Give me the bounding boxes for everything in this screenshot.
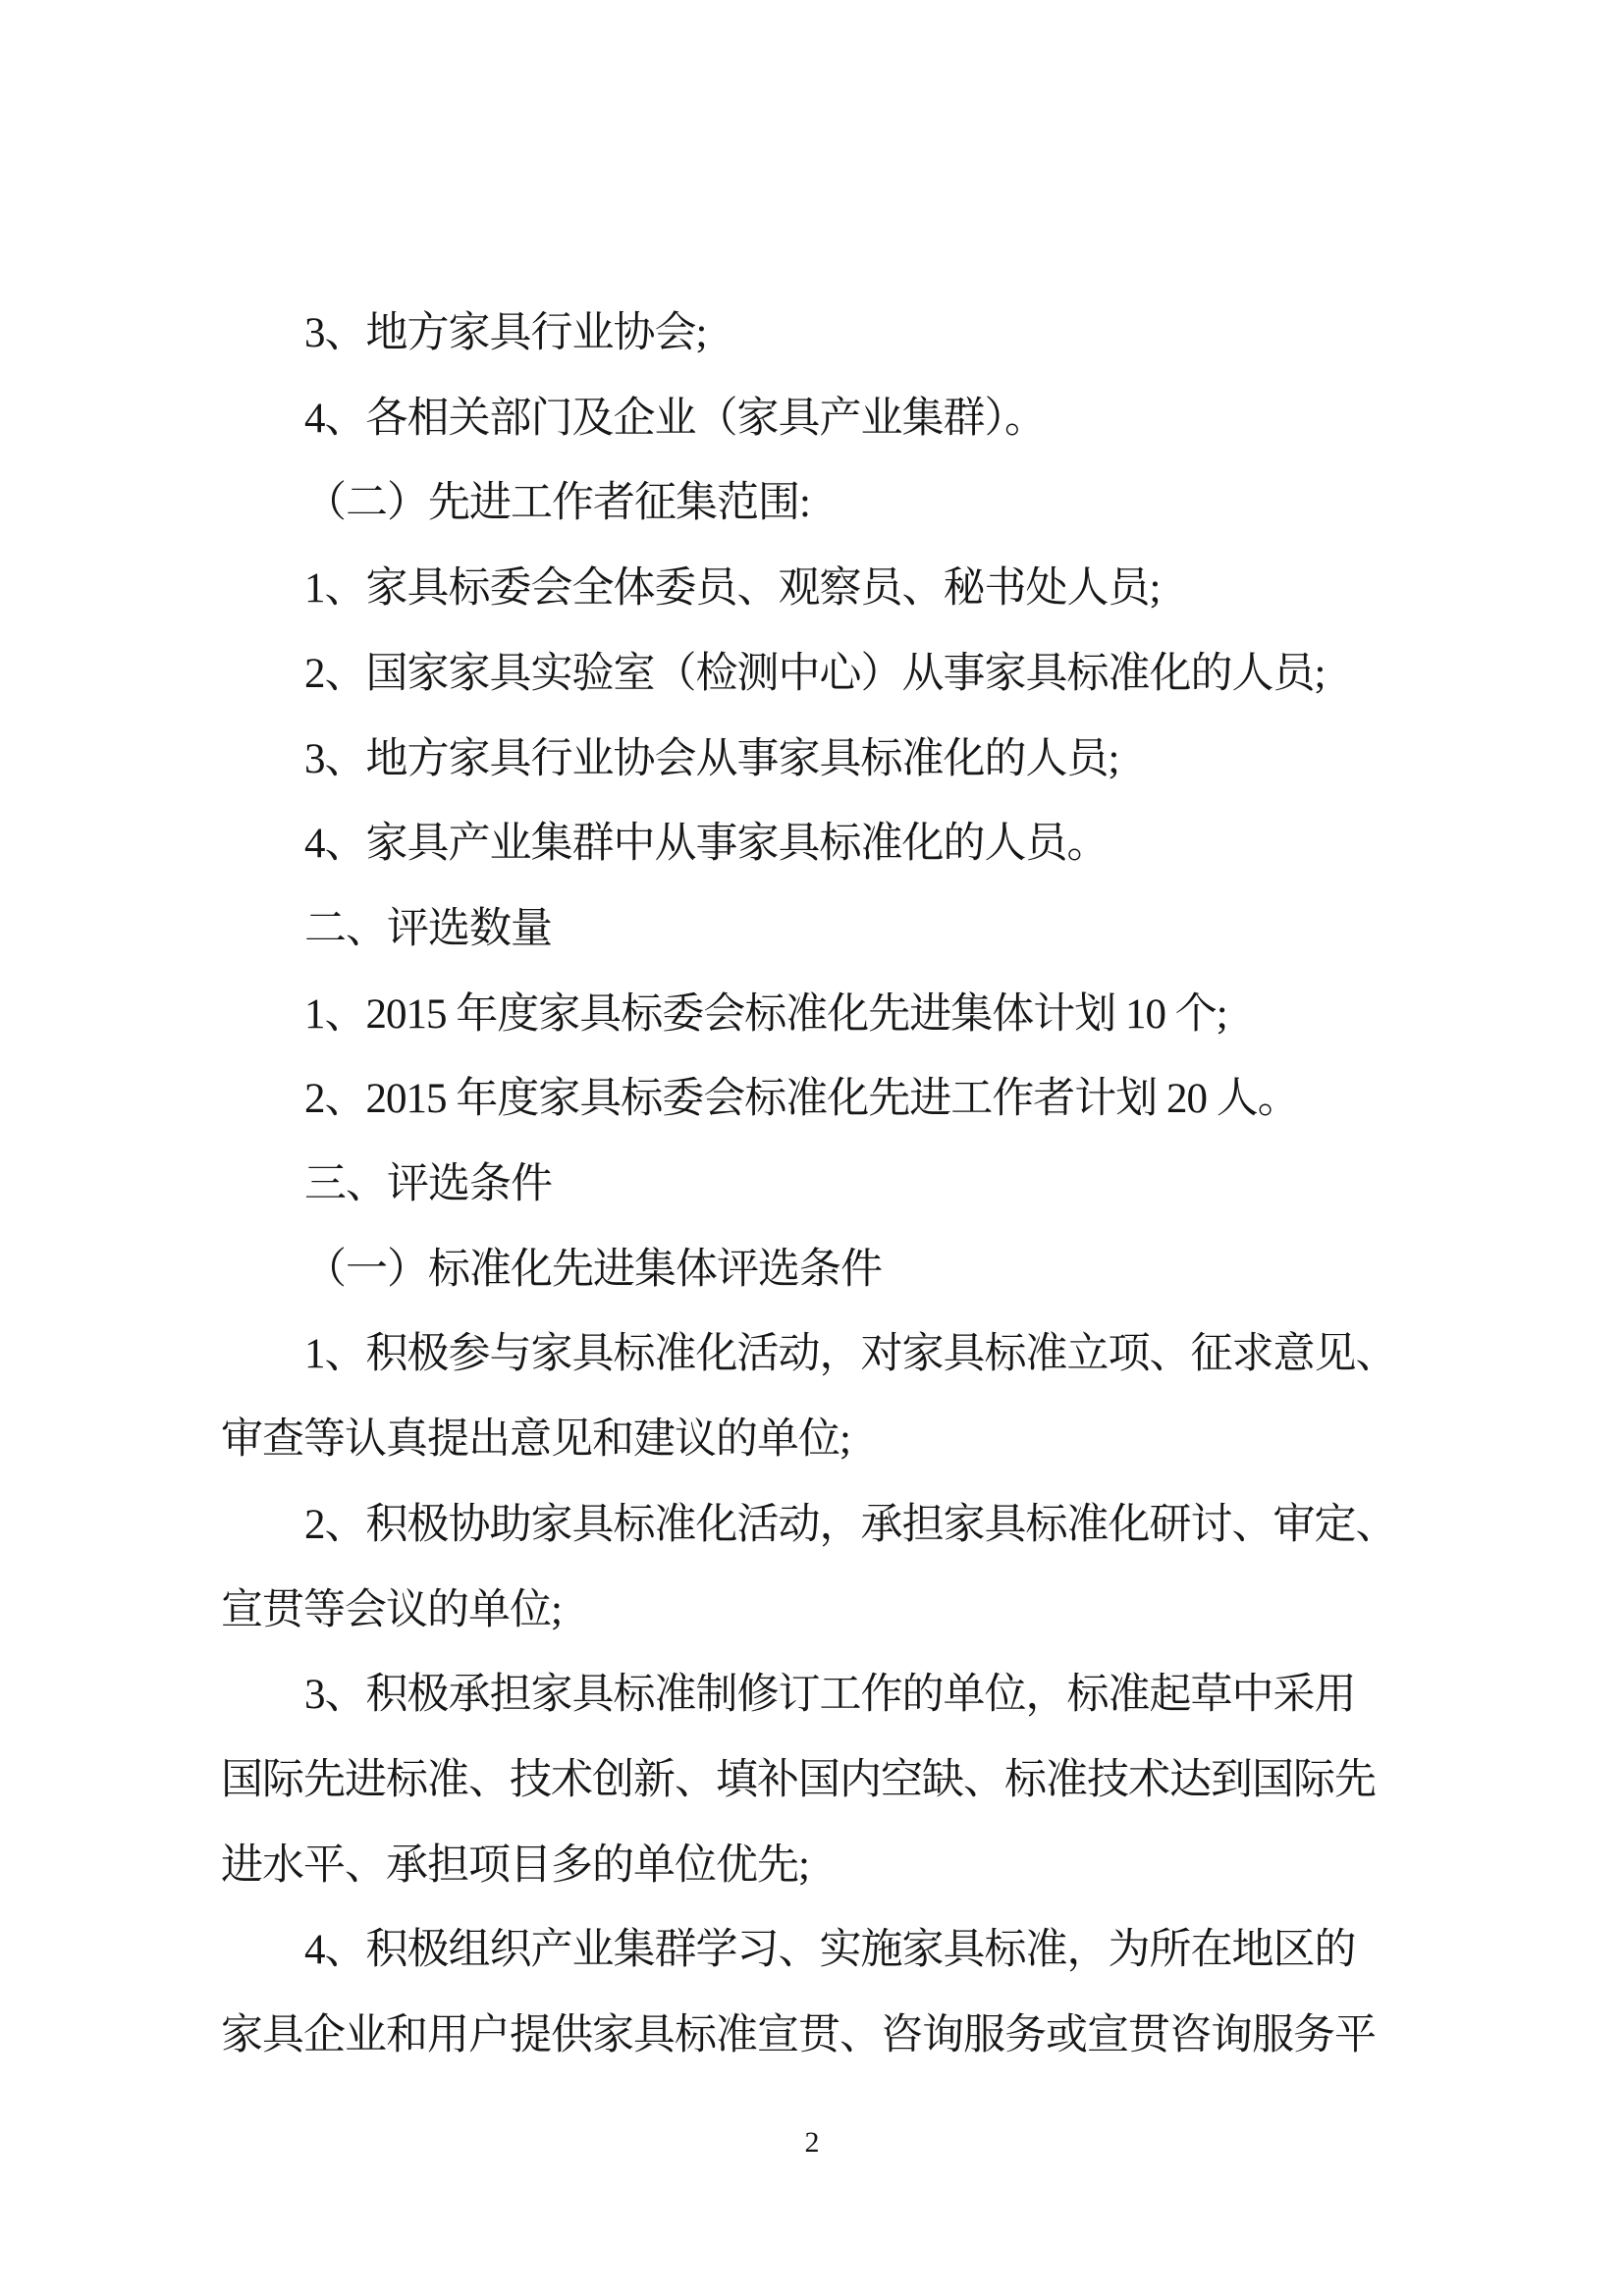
text-line: 2、积极协助家具标准化活动，承担家具标准化研讨、审定、 bbox=[304, 1499, 1397, 1552]
text-line: 1、家具标委会全体委员、观察员、秘书处人员; bbox=[304, 562, 1160, 615]
text-line: 3、积极承担家具标准制修订工作的单位，标准起草中采用 bbox=[304, 1669, 1356, 1722]
page-number: 2 bbox=[0, 2126, 1624, 2160]
text-line: 家具企业和用户提供家具标准宣贯、咨询服务或宣贯咨询服务平 bbox=[221, 2009, 1376, 2062]
text-line: 进水平、承担项目多的单位优先; bbox=[221, 1840, 809, 1893]
document-page: 3、地方家具行业协会;4、各相关部门及企业（家具产业集群）。（二）先进工作者征集… bbox=[0, 0, 1624, 2296]
text-line: 宣贯等会议的单位; bbox=[221, 1584, 562, 1637]
text-line: 3、地方家具行业协会; bbox=[304, 307, 706, 360]
text-line: 4、各相关部门及企业（家具产业集群）。 bbox=[304, 393, 1046, 446]
text-line: 4、积极组织产业集群学习、实施家具标准，为所在地区的 bbox=[304, 1924, 1356, 1977]
text-line: 审查等认真提出意见和建议的单位; bbox=[221, 1414, 850, 1467]
text-line: （一）标准化先进集体评选条件 bbox=[304, 1244, 882, 1297]
text-line: 1、积极参与家具标准化活动，对家具标准立项、征求意见、 bbox=[304, 1328, 1397, 1381]
text-line: （二）先进工作者征集范围: bbox=[304, 477, 810, 530]
text-line: 国际先进标准、技术创新、填补国内空缺、标准技术达到国际先 bbox=[221, 1754, 1376, 1807]
text-line: 三、评选条件 bbox=[304, 1158, 552, 1211]
text-line: 1、2015 年度家具标委会标准化先进集体计划 10 个; bbox=[304, 988, 1227, 1041]
text-line: 二、评选数量 bbox=[304, 903, 552, 956]
text-line: 3、地方家具行业协会从事家具标准化的人员; bbox=[304, 733, 1118, 786]
text-line: 2、国家家具实验室（检测中心）从事家具标准化的人员; bbox=[304, 648, 1325, 701]
text-line: 2、2015 年度家具标委会标准化先进工作者计划 20 人。 bbox=[304, 1073, 1299, 1126]
text-line: 4、家具产业集群中从事家具标准化的人员。 bbox=[304, 818, 1109, 871]
text-layer: 3、地方家具行业协会;4、各相关部门及企业（家具产业集群）。（二）先进工作者征集… bbox=[0, 0, 1624, 2296]
